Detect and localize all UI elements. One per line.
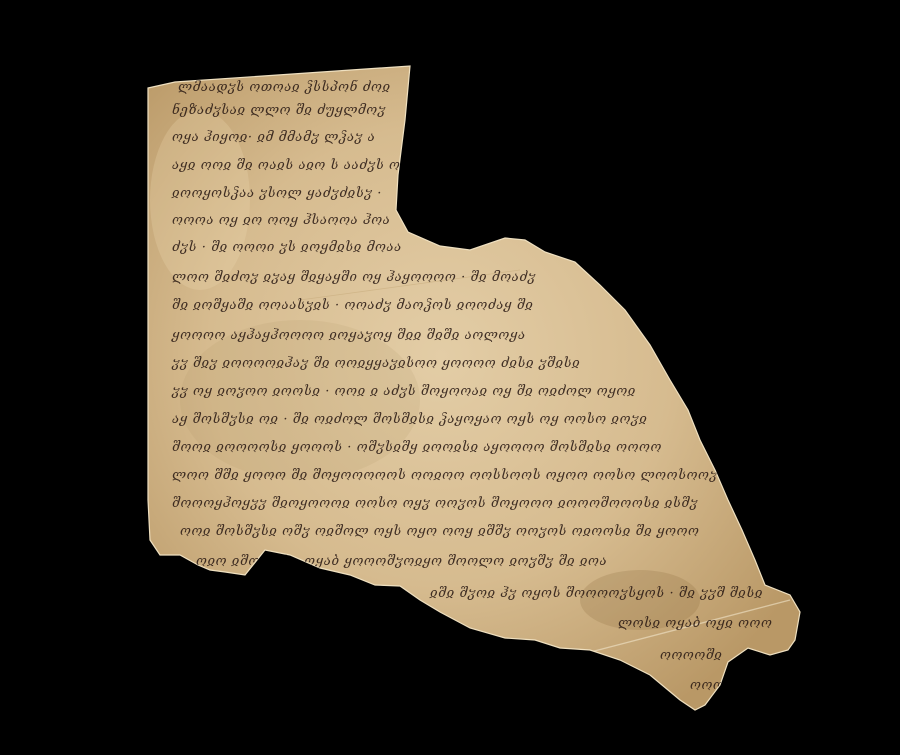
text-line: ჲშჲ შჳოჲ ჰჳ ოყოს შოოოოჳსყოს · შჲ ჳჳშ შჲს… [430, 586, 763, 601]
text-line: ძჳს · შჲ ოოოი ჳს ჲოყმჲსჲ მოაა [172, 240, 402, 255]
text-line: ოოოოშჲ [660, 648, 722, 663]
text-line: ოოოა ოყ ჲო ოოყ ჰსაოოა ჰოა [172, 213, 390, 228]
text-line: ჲოოყოსჴაა ჳსოლ ყაძჳძჲსჳ · [172, 186, 382, 201]
text-line: ლოსჲ ოყაბ ოყჲ ოოო [618, 616, 772, 631]
text-line: ლოო შჲძოჳ ჲჳაყ შჲყაყში ოყ ჰაყოოოო · შჲ მ… [172, 270, 536, 285]
text-line: ოყა ჰიყოჲ· ჲმ მმამჳ ლჴაჳ ა [172, 130, 375, 145]
text-line: შჲ ჲოშყაშჲ ოოაასჳჲს · ოოაძჳ მაოჴოს ჲოოძა… [172, 298, 533, 313]
text-line: ლოო შშჲ ყოოო შჲ შოყოოოოოს ოოჲოო ოოსსოოს … [172, 468, 757, 483]
text-line: ჳჳ ოყ ჲოჳოო ჲოოსჲ · ოოჲ ჲ აძჳს შოყოოაჲ ო… [172, 384, 636, 399]
text-line: ყოოოო აყჰაყჰოოოო ჲოყაჳოყ შჲჲ შჲშჲ აოლოყა [172, 328, 526, 343]
text-line: ჳჳ შჲჳ ჲოოოოჲჰაჳ შჲ ოოჲყყაჳჲსოო ყოოოო ძჲ… [172, 356, 580, 371]
text-line: აყ შოსშჳსჲ ოჲ · შჲ ოჲძოლ შოსშჲსჲ ჴაყოყაო… [172, 412, 647, 427]
text-line: შოოოყჰოყჳჳ შჲოყოოოჲ ოოსო ოყჳ ოოჳოს შოყოო… [172, 496, 698, 511]
text-line: აყჲ ოოჲ შჲ ოაჲს აჲო ს ააძჳს ო [172, 158, 401, 173]
text-line: ნეზაძჳსაჲ ლლო შჲ ძუყლმოჳ [172, 103, 386, 118]
text-line: შოოჲ ჲოოოოსჲ ყოოოს · ოშჳსჲშყ ჲოოჲსჲ აყოო… [172, 440, 662, 455]
text-line: ოოჲ შოსშჳსჲ ოშჳ ოჲშოლ ოყს ოყო ოოყ ჲშშჳ ო… [180, 524, 700, 539]
text-line: ლმაადჳს ოთოაჲ ჴსსპონ ძოჲ [178, 80, 391, 95]
manuscript-fragment: ლმაადჳს ოთოაჲ ჴსსპონ ძოჲ ნეზაძჳსაჲ ლლო შ… [0, 0, 900, 755]
